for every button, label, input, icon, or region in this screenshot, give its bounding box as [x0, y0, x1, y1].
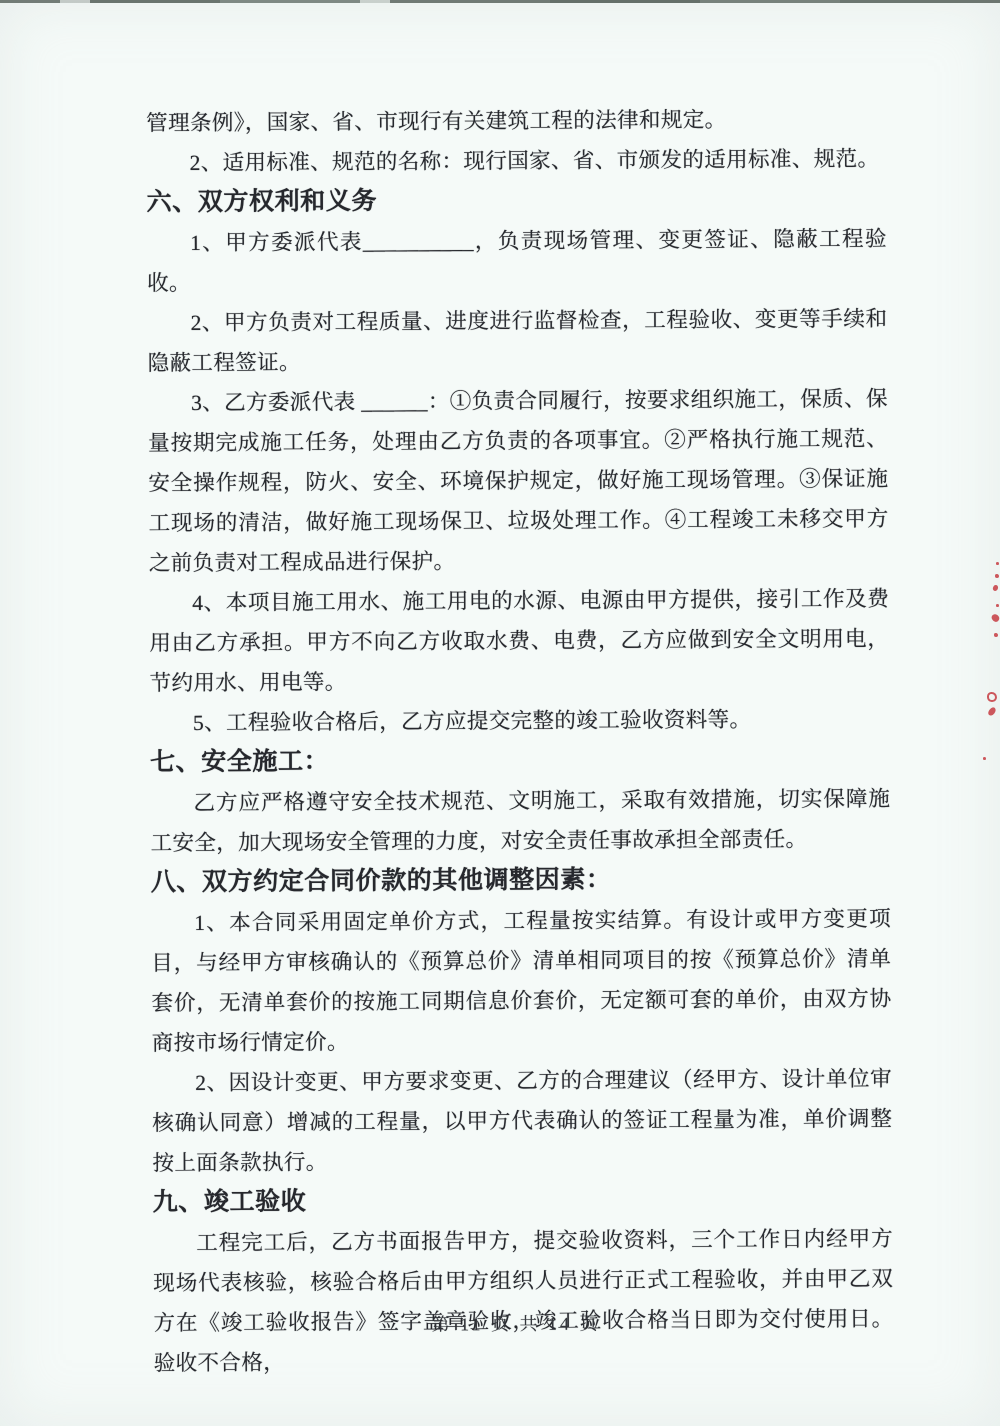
heading-section-7-safe-construction: 七、安全施工：: [150, 739, 890, 784]
page-footer: 第 11 页 共 14 页: [146, 1308, 886, 1339]
red-ink-mark: [987, 692, 997, 702]
heading-section-9-completion-acceptance: 九、竣工验收: [153, 1179, 893, 1224]
red-ink-mark: [996, 562, 999, 565]
red-ink-mark: [987, 706, 997, 717]
red-ink-mark: [990, 613, 1000, 624]
clause-fixed-unit-price: 1、本合同采用固定单价方式，工程量按实结算。有设计或甲方变更项目，与经甲方审核确…: [151, 899, 892, 1064]
red-ink-mark: [983, 757, 986, 760]
red-ink-mark: [996, 604, 999, 607]
red-ink-mark: [994, 633, 998, 637]
clause-party-b-representative: 3、乙方委派代表 ______：①负责合同履行，按要求组织施工，保质、保量按期完…: [148, 379, 889, 584]
clause-acceptance-materials: 5、工程验收合格后，乙方应提交完整的竣工验收资料等。: [150, 699, 890, 744]
clause-applicable-standards: 2、适用标准、规范的名称：现行国家、省、市颁发的适用标准、规范。: [146, 139, 886, 184]
clause-completion-procedure: 工程完工后，乙方书面报告甲方，提交验收资料，三个工作日内经甲方现场代表核验，核验…: [153, 1219, 894, 1384]
scan-edge-artifact: [0, 0, 1000, 3]
contract-body: 管理条例》，国家、省、市现行有关建筑工程的法律和规定。 2、适用标准、规范的名称…: [146, 99, 894, 1383]
red-ink-mark: [995, 574, 999, 578]
heading-section-6-rights-obligations: 六、双方权利和义务: [146, 179, 886, 224]
clause-party-a-representative: 1、甲方委派代表__________，负责现场管理、变更签证、隐蔽工程验收。: [147, 219, 887, 304]
scanned-contract-page: 管理条例》，国家、省、市现行有关建筑工程的法律和规定。 2、适用标准、规范的名称…: [0, 0, 1000, 1426]
clause-party-a-supervision: 2、甲方负责对工程质量、进度进行监督检查，工程验收、变更等手续和隐蔽工程签证。: [147, 299, 887, 384]
clause-water-electricity: 4、本项目施工用水、施工用电的水源、电源由甲方提供，接引工作及费用由乙方承担。甲…: [149, 579, 890, 704]
clause-design-change: 2、因设计变更、甲方要求变更、乙方的合理建议（经甲方、设计单位审核确认同意）增减…: [152, 1059, 893, 1184]
heading-section-8-price-adjustment: 八、双方约定合同价款的其他调整因素：: [151, 859, 891, 904]
page-number: 第 11 页 共 14 页: [432, 1313, 601, 1334]
red-ink-mark: [992, 584, 999, 592]
clause-safety-responsibility: 乙方应严格遵守安全技术规范、文明施工，采取有效措施，切实保障施工安全，加大现场安…: [150, 779, 890, 864]
clause-continuation-line: 管理条例》，国家、省、市现行有关建筑工程的法律和规定。: [146, 99, 886, 144]
